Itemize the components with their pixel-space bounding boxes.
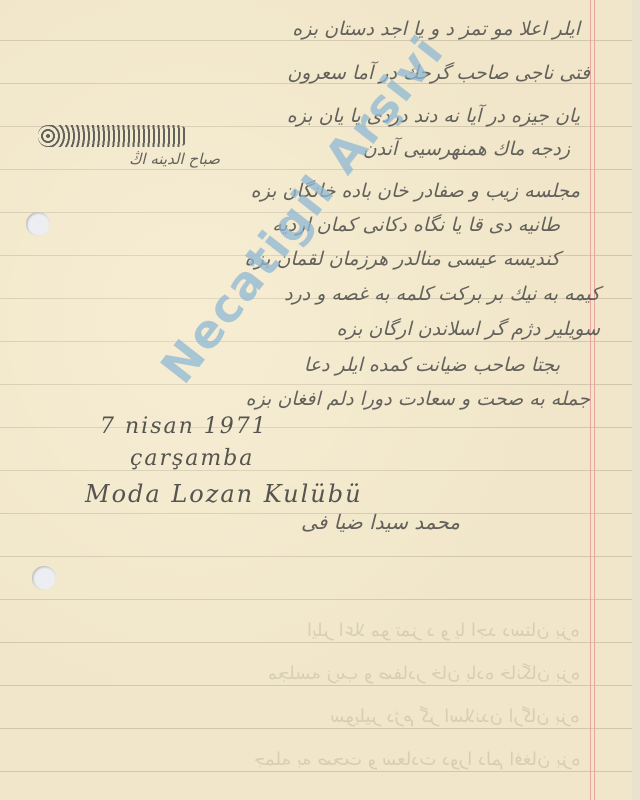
bleed-through-4: جمله به صحت و سعادت دورا دلم افغان بزه	[254, 749, 580, 770]
punch-hole-bottom	[32, 566, 56, 590]
location-line: Moda Lozan Kulübü	[85, 480, 363, 508]
handwritten-line-9: سویلیر دژم گر اسلاندن ارگان بزه	[337, 318, 600, 340]
margin-line-left	[590, 0, 591, 800]
handwritten-line-8: كیمه به نیك بر بركت كلمه به غصه و درد	[284, 283, 600, 305]
bleed-through-2: مجلسه زیب و صفادر خان باده خانگان بزه	[268, 663, 580, 684]
handwritten-line-1: ایلر اعلا مو تمز د و یا اجد دستان بزه	[292, 18, 580, 40]
handwritten-line-11: جمله به صحت و سعادت دورا دلم افغان بزه	[246, 388, 590, 410]
punch-hole-top	[26, 212, 50, 236]
handwritten-line-4: زدجه ماك همنهرسیی آندن	[363, 138, 570, 160]
margin-note: صباح الدینه اڭ	[129, 150, 220, 168]
signature: محمد سیدا ضیا فی	[301, 510, 460, 534]
weekday-line: çarşamba	[130, 446, 254, 471]
date-line: 7 nisan 1971	[100, 414, 268, 439]
margin-line-right	[594, 0, 595, 800]
bleed-through-3: سویلیر دژم گر اسلاندن ارگان بزه	[330, 706, 580, 727]
crossed-out-text	[38, 125, 188, 147]
paper-edge	[632, 0, 640, 800]
handwritten-line-10: بجتا صاحب ضیانت كمده ایلر دعا	[304, 354, 560, 376]
handwritten-line-3: یان جیزه در آیا نه دند دردی یا یان بزه	[287, 105, 580, 127]
bleed-through-1: ایلر اعلا مو تمز د و یا اجد دستان بزه	[307, 620, 580, 641]
